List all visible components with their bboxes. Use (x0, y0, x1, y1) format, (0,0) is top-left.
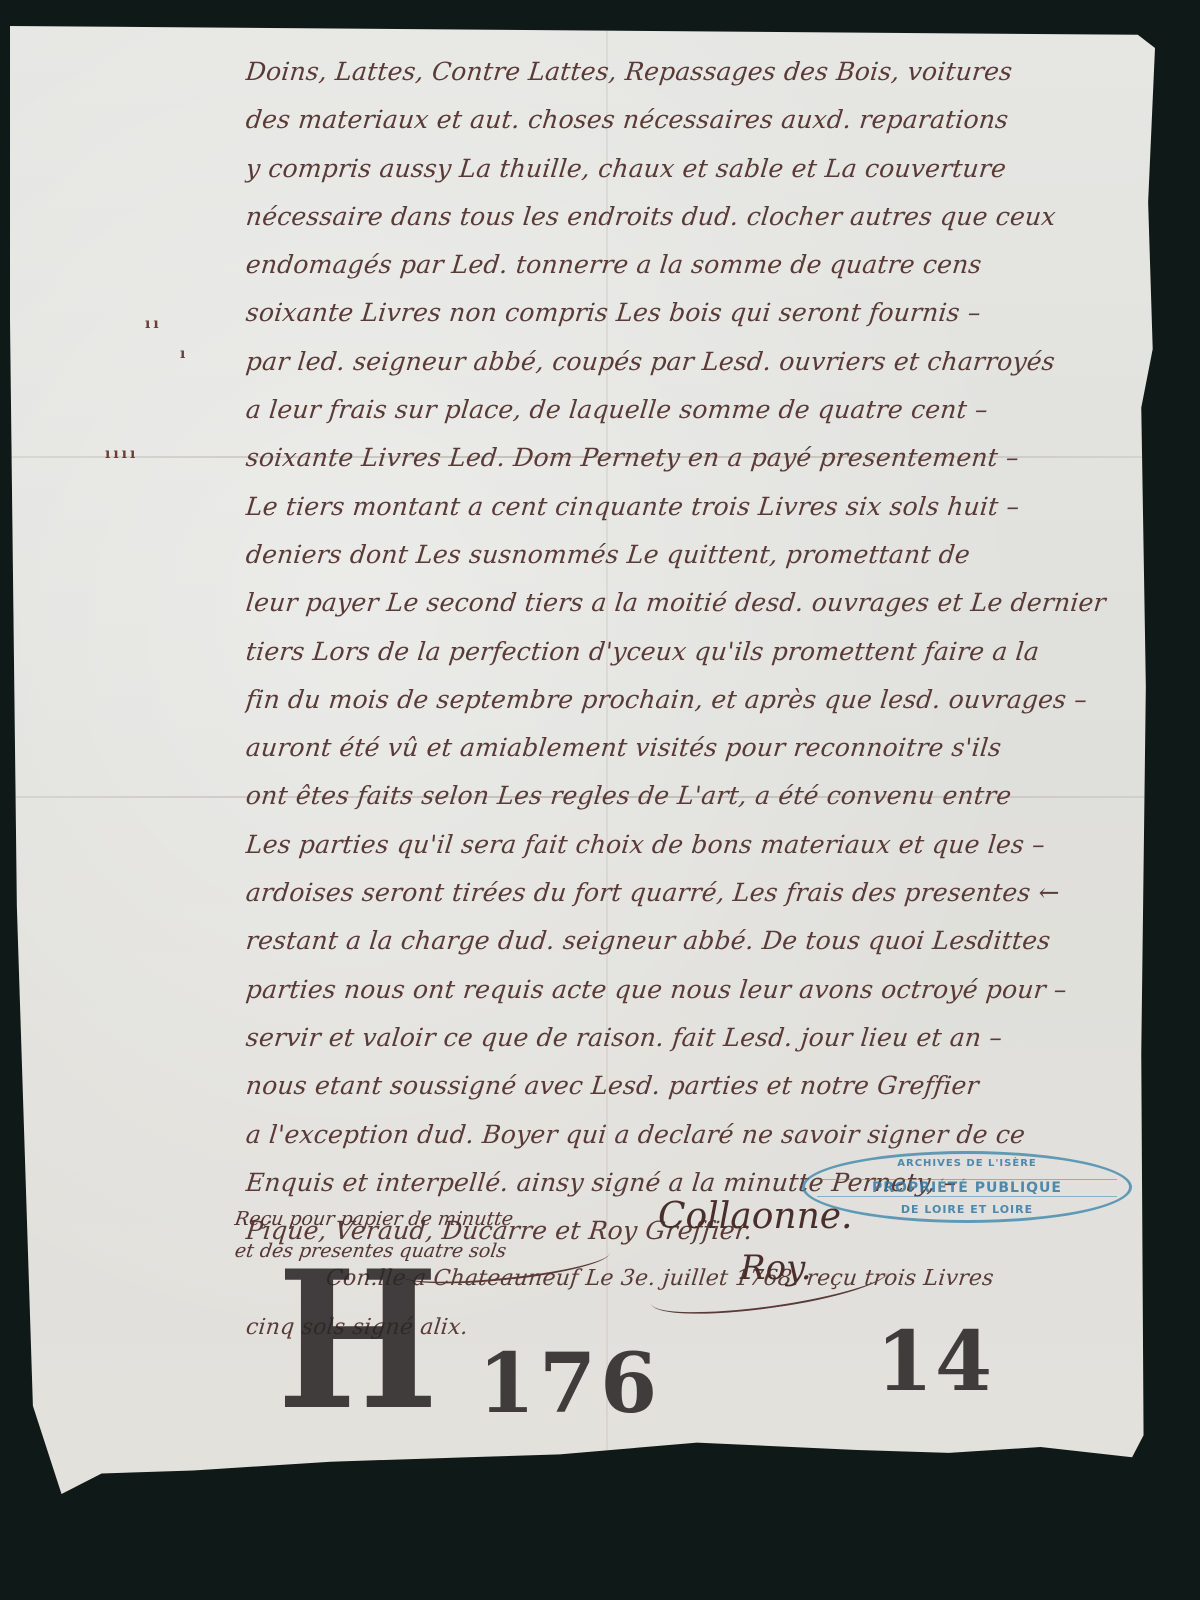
body-line: auront été vû et amiablement visités pou… (243, 724, 1148, 772)
body-line: servir et valoir ce que de raison. fait … (243, 1014, 1148, 1062)
stamp-top-text: ARCHIVES DE L'ISÈRE (805, 1158, 1129, 1169)
fee-note-line: Reçu pour papier de minutte (233, 1208, 514, 1230)
margin-mark: ıı (145, 316, 162, 332)
body-line: fin du mois de septembre prochain, et ap… (243, 676, 1148, 724)
body-line: soixante Livres Led. Dom Pernety en a pa… (243, 434, 1148, 482)
body-line: parties nous ont requis acte que nous le… (243, 966, 1148, 1014)
body-line: des materiaux et aut. choses nécessaires… (243, 96, 1148, 144)
body-line: a leur frais sur place, de laquelle somm… (243, 386, 1148, 434)
body-line: Le tiers montant a cent cinquante trois … (243, 483, 1148, 531)
stamp-bottom-text: DE LOIRE ET LOIRE (805, 1203, 1129, 1216)
margin-mark: ı (180, 346, 188, 362)
signature-collaonne: Collaonne. (658, 1196, 853, 1237)
body-line: endomagés par Led. tonnerre a la somme d… (243, 241, 1148, 289)
body-line: leur payer Le second tiers a la moitié d… (243, 579, 1148, 627)
body-line: nécessaire dans tous les endroits dud. c… (243, 193, 1148, 241)
manuscript-page: ıı ı ıııı Doins, Lattes, Contre Lattes, … (10, 26, 1155, 1494)
stamp-middle-text: PROPRIÉTÉ PUBLIQUE (817, 1179, 1117, 1197)
body-line: Doins, Lattes, Contre Lattes, Repassages… (243, 48, 1148, 96)
body-line: Les parties qu'il sera fait choix de bon… (243, 821, 1148, 869)
body-line: ont êtes faits selon Les regles de L'art… (243, 772, 1148, 820)
body-line: restant a la charge dud. seigneur abbé. … (243, 917, 1148, 965)
body-line: soixante Livres non compris Les bois qui… (243, 289, 1148, 337)
margin-mark: ıııı (105, 446, 138, 462)
archive-box-number: 176 (478, 1344, 661, 1424)
body-line: deniers dont Les susnommés Le quittent, … (243, 531, 1148, 579)
body-line: nous etant soussigné avec Lesd. parties … (243, 1062, 1148, 1110)
body-line: par led. seigneur abbé, coupés par Lesd.… (243, 338, 1148, 386)
body-line: ardoises seront tirées du fort quarré, L… (243, 869, 1148, 917)
archive-series-letter: H (277, 1261, 439, 1421)
archive-item-number: 14 (876, 1322, 994, 1402)
body-line: y compris aussy La thuille, chaux et sab… (243, 145, 1148, 193)
body-line: tiers Lors de la perfection d'yceux qu'i… (243, 628, 1148, 676)
